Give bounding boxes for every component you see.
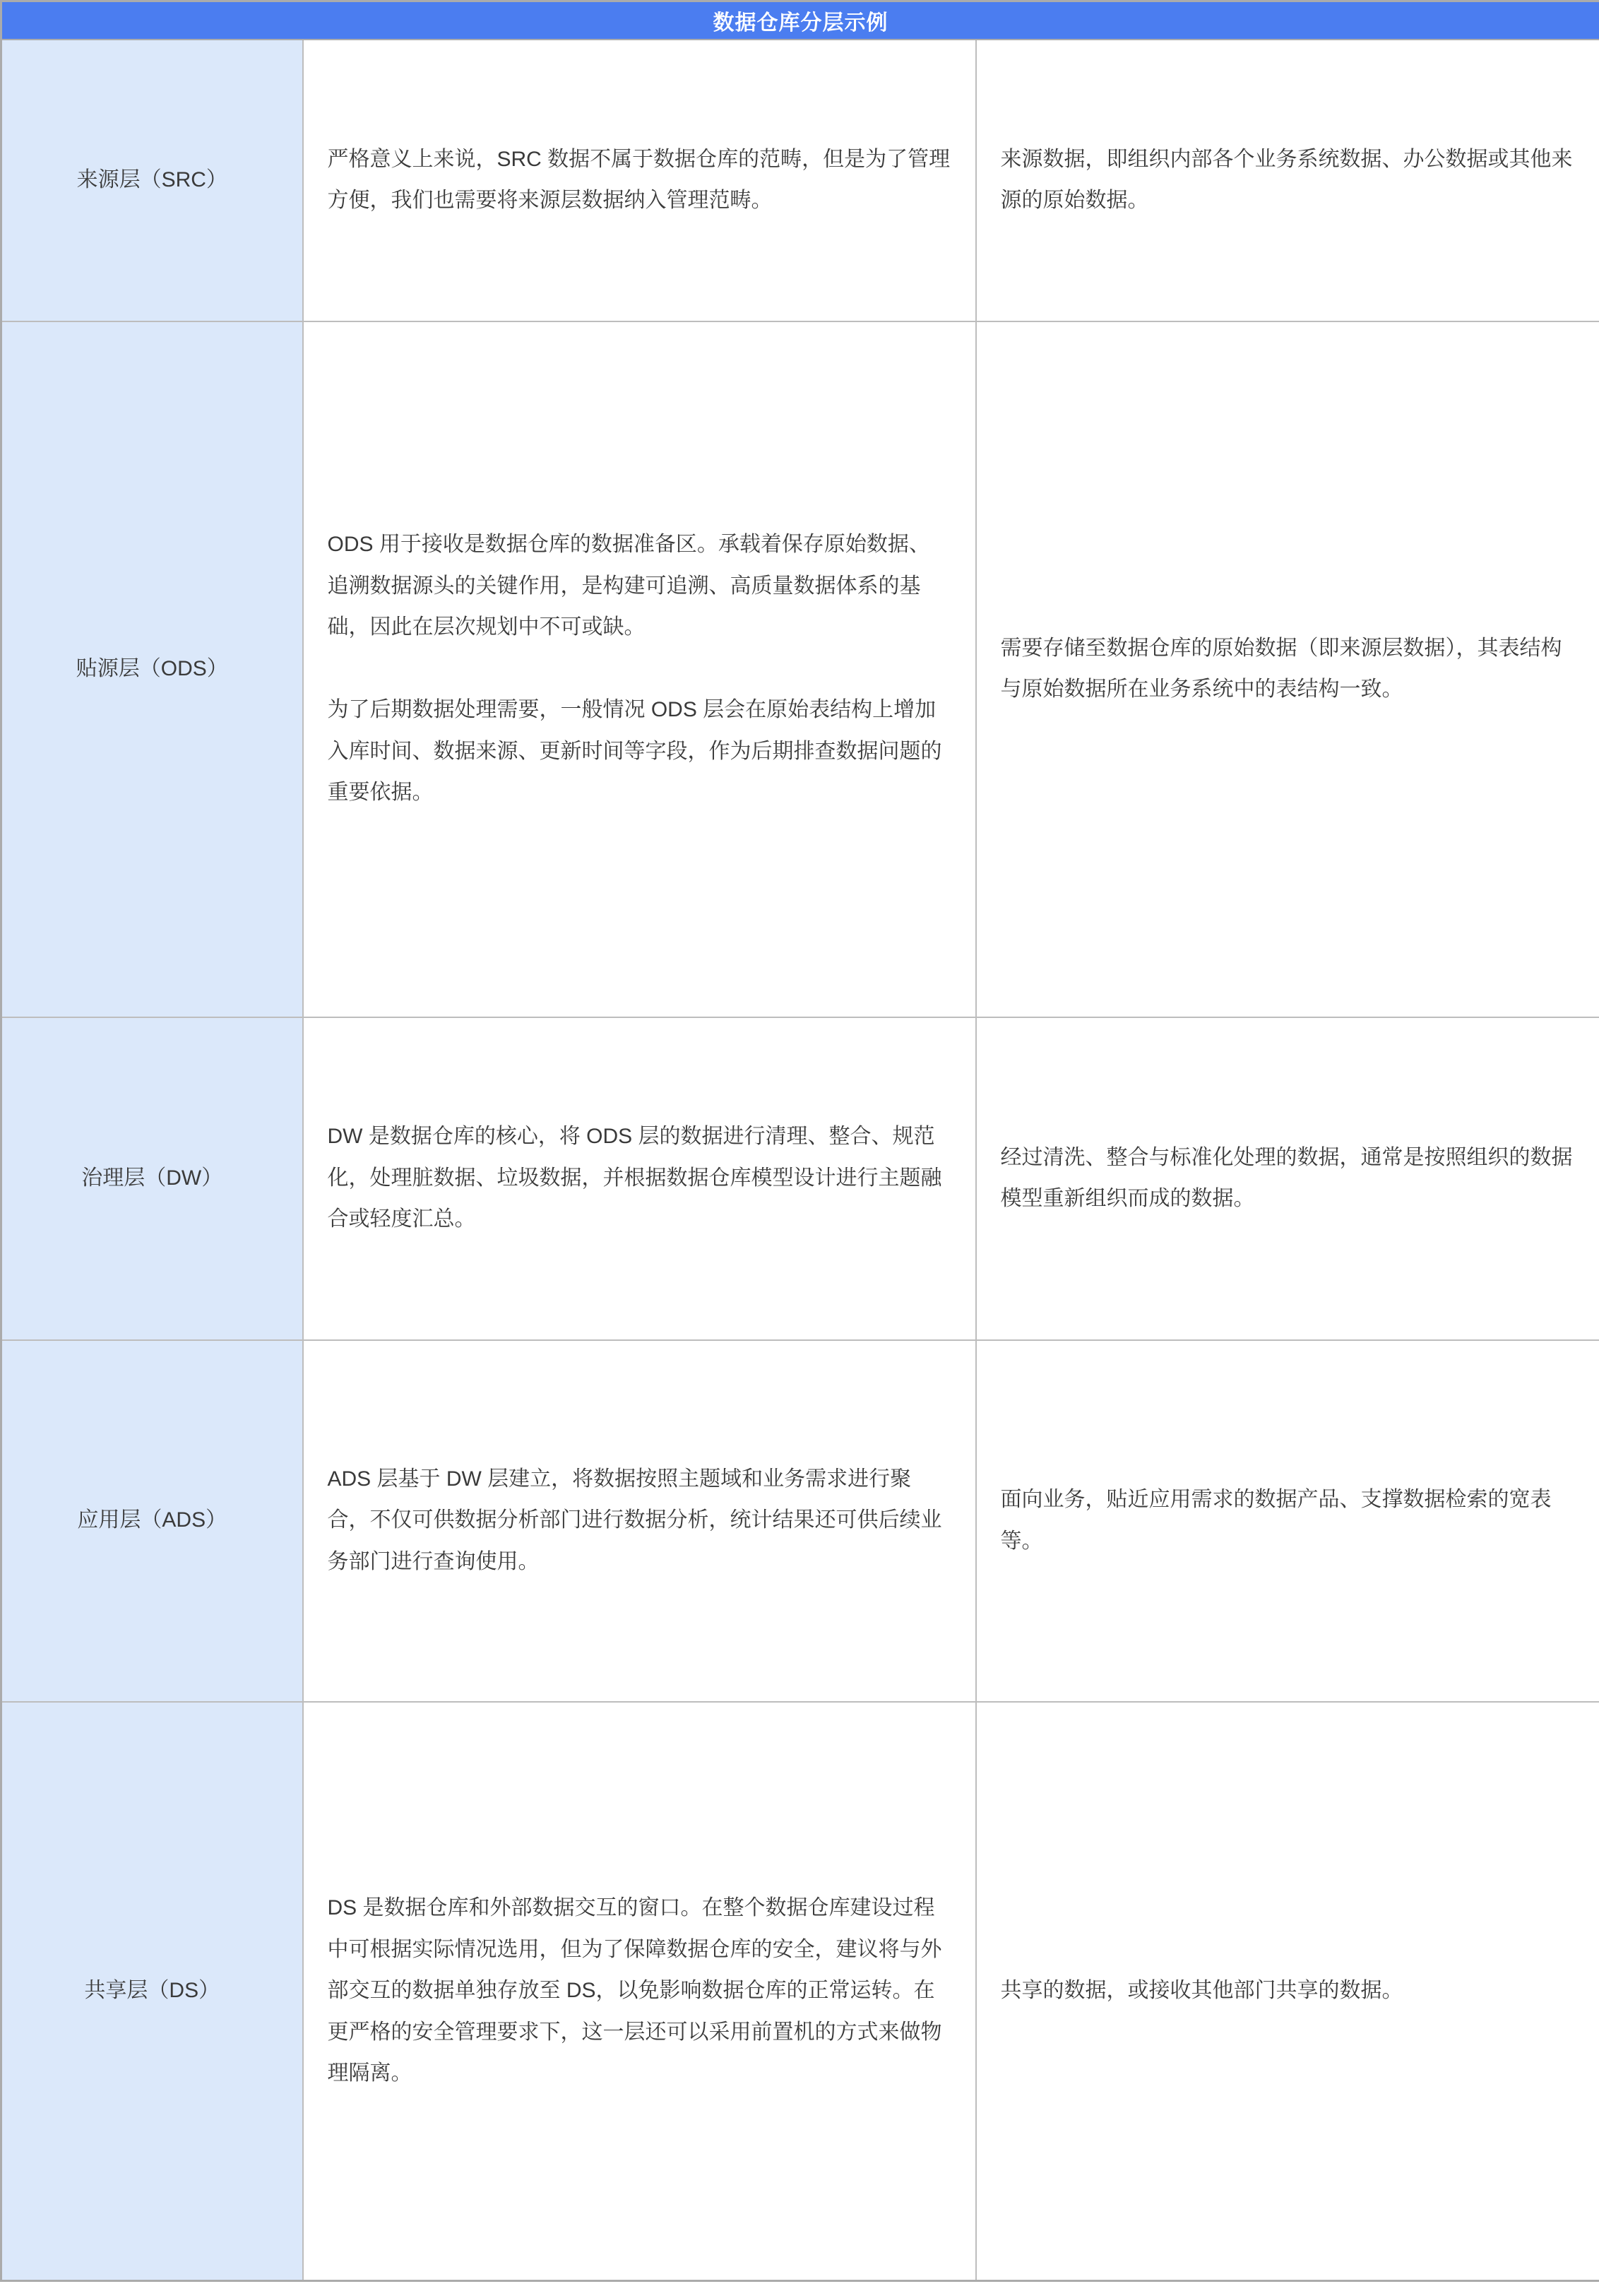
layer-data-cell: 来源数据，即组织内部各个业务系统数据、办公数据或其他来源的原始数据。	[976, 40, 1599, 321]
table-row-src: 来源层（SRC） 严格意义上来说，SRC 数据不属于数据仓库的范畴，但是为了管理…	[1, 40, 1599, 321]
table-title: 数据仓库分层示例	[1, 1, 1599, 40]
layer-name-cell: 贴源层（ODS）	[1, 321, 303, 1017]
table-row-dw: 治理层（DW） DW 是数据仓库的核心，将 ODS 层的数据进行清理、整合、规范…	[1, 1017, 1599, 1340]
layer-name-cell: 应用层（ADS）	[1, 1340, 303, 1702]
table-row-ds: 共享层（DS） DS 是数据仓库和外部数据交互的窗口。在整个数据仓库建设过程中可…	[1, 1702, 1599, 2281]
table-row-ads: 应用层（ADS） ADS 层基于 DW 层建立，将数据按照主题域和业务需求进行聚…	[1, 1340, 1599, 1702]
layer-data-cell: 共享的数据，或接收其他部门共享的数据。	[976, 1702, 1599, 2281]
table-row-ods: 贴源层（ODS） ODS 用于接收是数据仓库的数据准备区。承载着保存原始数据、追…	[1, 321, 1599, 1017]
layer-description-cell: DS 是数据仓库和外部数据交互的窗口。在整个数据仓库建设过程中可根据实际情况选用…	[303, 1702, 976, 2281]
layer-description-cell: 严格意义上来说，SRC 数据不属于数据仓库的范畴，但是为了管理方便，我们也需要将…	[303, 40, 976, 321]
layer-name-cell: 来源层（SRC）	[1, 40, 303, 321]
layer-data-cell: 需要存储至数据仓库的原始数据（即来源层数据），其表结构与原始数据所在业务系统中的…	[976, 321, 1599, 1017]
layer-name-cell: 共享层（DS）	[1, 1702, 303, 2281]
table-header-row: 数据仓库分层示例	[1, 1, 1599, 40]
layer-description-cell: ADS 层基于 DW 层建立，将数据按照主题域和业务需求进行聚合，不仅可供数据分…	[303, 1340, 976, 1702]
layer-data-cell: 面向业务，贴近应用需求的数据产品、支撑数据检索的宽表等。	[976, 1340, 1599, 1702]
data-warehouse-layers-table: 数据仓库分层示例 来源层（SRC） 严格意义上来说，SRC 数据不属于数据仓库的…	[0, 0, 1599, 2282]
layer-description-cell: ODS 用于接收是数据仓库的数据准备区。承载着保存原始数据、追溯数据源头的关键作…	[303, 321, 976, 1017]
layer-data-cell: 经过清洗、整合与标准化处理的数据，通常是按照组织的数据模型重新组织而成的数据。	[976, 1017, 1599, 1340]
layer-name-cell: 治理层（DW）	[1, 1017, 303, 1340]
layer-description-cell: DW 是数据仓库的核心，将 ODS 层的数据进行清理、整合、规范化，处理脏数据、…	[303, 1017, 976, 1340]
